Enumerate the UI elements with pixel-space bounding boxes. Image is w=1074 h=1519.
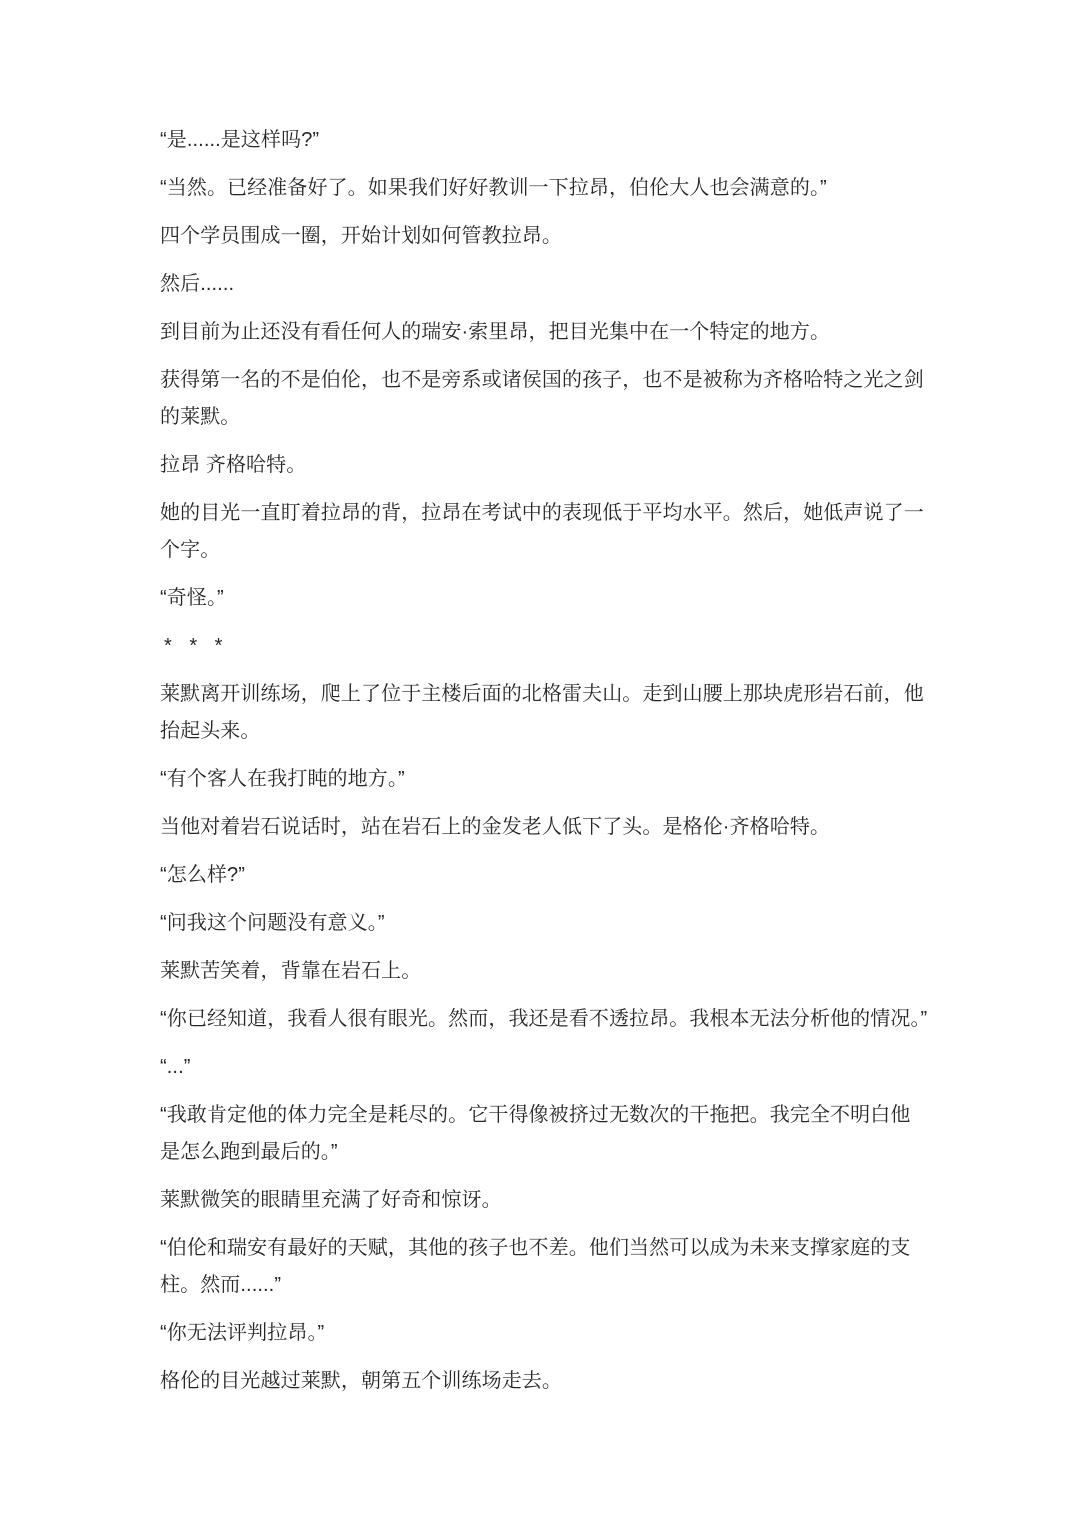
paragraph-dialogue: “问我这个问题没有意义。” — [160, 905, 928, 942]
paragraph-narration: 她的目光一直盯着拉昂的背，拉昂在考试中的表现低于平均水平。然后，她低声说了一个字… — [160, 495, 928, 569]
document-page: “是......是这样吗?” “当然。已经准备好了。如果我们好好教训一下拉昂，伯… — [0, 0, 1074, 1519]
paragraph-narration: 拉昂 齐格哈特。 — [160, 447, 928, 484]
paragraph-narration: 获得第一名的不是伯伦，也不是旁系或诸侯国的孩子，也不是被称为齐格哈特之光之剑的莱… — [160, 362, 928, 436]
paragraph-narration: 格伦的目光越过莱默，朝第五个训练场走去。 — [160, 1363, 928, 1400]
paragraph-dialogue: “怎么样?” — [160, 857, 928, 894]
paragraph-narration: 莱默苦笑着，背靠在岩石上。 — [160, 953, 928, 990]
text-content: “是......是这样吗?” “当然。已经准备好了。如果我们好好教训一下拉昂，伯… — [160, 122, 928, 1411]
paragraph-dialogue: “当然。已经准备好了。如果我们好好教训一下拉昂，伯伦大人也会满意的。” — [160, 170, 928, 207]
paragraph-dialogue: “我敢肯定他的体力完全是耗尽的。它干得像被挤过无数次的干拖把。我完全不明白他是怎… — [160, 1097, 928, 1171]
paragraph-dialogue: “你无法评判拉昂。” — [160, 1315, 928, 1352]
paragraph-narration: 莱默离开训练场，爬上了位于主楼后面的北格雷夫山。走到山腰上那块虎形岩石前，他抬起… — [160, 676, 928, 750]
paragraph-dialogue: “有个客人在我打盹的地方。” — [160, 761, 928, 798]
paragraph-narration: 到目前为止还没有看任何人的瑞安·索里昂，把目光集中在一个特定的地方。 — [160, 314, 928, 351]
paragraph-dialogue: “你已经知道，我看人很有眼光。然而，我还是看不透拉昂。我根本无法分析他的情况。” — [160, 1001, 928, 1038]
paragraph-narration: 然后...... — [160, 266, 928, 303]
paragraph-narration: 当他对着岩石说话时，站在岩石上的金发老人低下了头。是格伦·齐格哈特。 — [160, 809, 928, 846]
paragraph-dialogue: “奇怪。” — [160, 580, 928, 617]
paragraph-dialogue: “是......是这样吗?” — [160, 122, 928, 159]
paragraph-narration: 莱默微笑的眼睛里充满了好奇和惊讶。 — [160, 1182, 928, 1219]
paragraph-dialogue: “伯伦和瑞安有最好的天赋，其他的孩子也不差。他们当然可以成为未来支撑家庭的支柱。… — [160, 1230, 928, 1304]
paragraph-dialogue: “...” — [160, 1049, 928, 1086]
scene-break-separator: * * * — [160, 628, 928, 665]
paragraph-narration: 四个学员围成一圈，开始计划如何管教拉昂。 — [160, 218, 928, 255]
